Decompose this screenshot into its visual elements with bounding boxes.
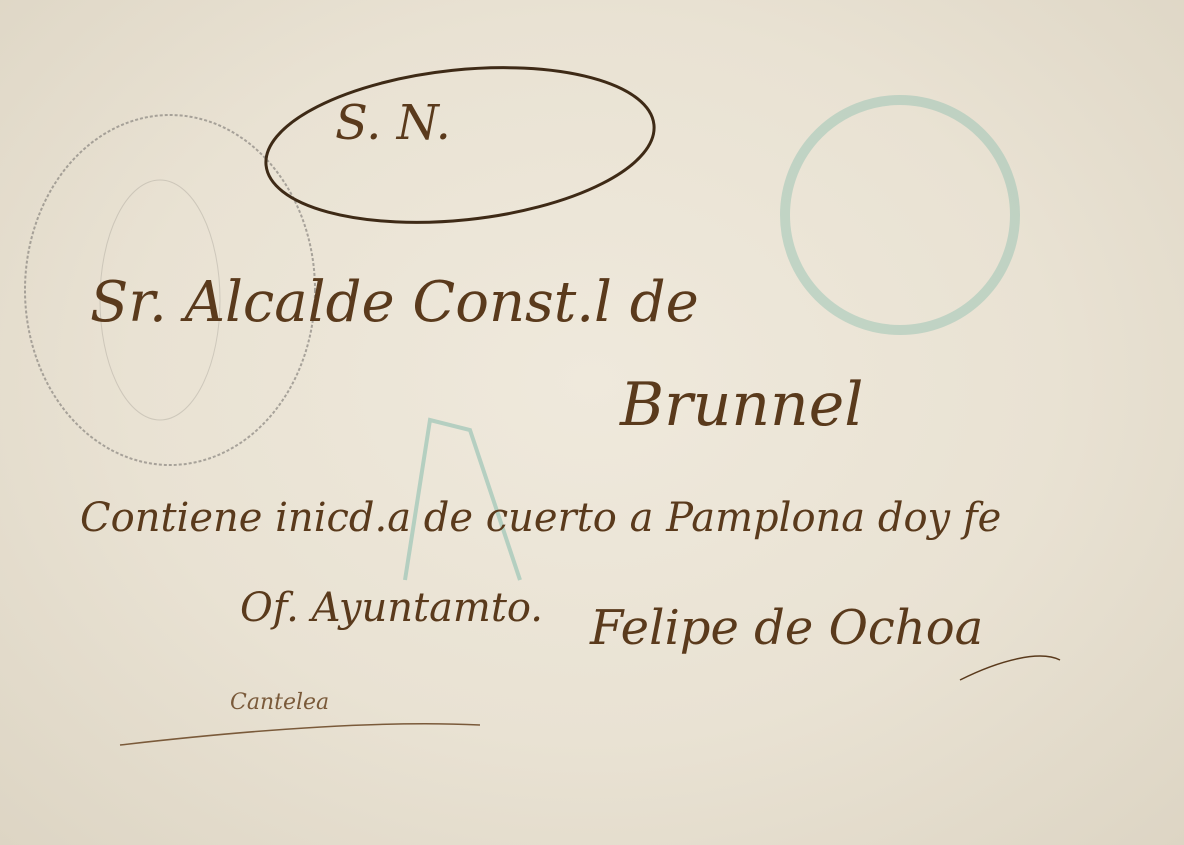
- address-line-3: Contiene inicd.a de cuerto a Pamplona do…: [80, 495, 1001, 541]
- ink-strokes: [0, 0, 1184, 845]
- address-line-2: Brunnel: [620, 370, 863, 440]
- bottom-note: Cantelea: [230, 690, 329, 715]
- top-oval-text: S. N.: [335, 95, 451, 151]
- address-line-4-left: Of. Ayuntamto.: [240, 585, 543, 631]
- address-line-1: Sr. Alcalde Const.l de: [90, 270, 699, 335]
- envelope: S. N. Sr. Alcalde Const.l de Brunnel Con…: [0, 0, 1184, 845]
- green-postmark-icon: [785, 100, 1015, 330]
- top-oval-icon: [258, 50, 662, 240]
- signature: Felipe de Ochoa: [590, 600, 983, 656]
